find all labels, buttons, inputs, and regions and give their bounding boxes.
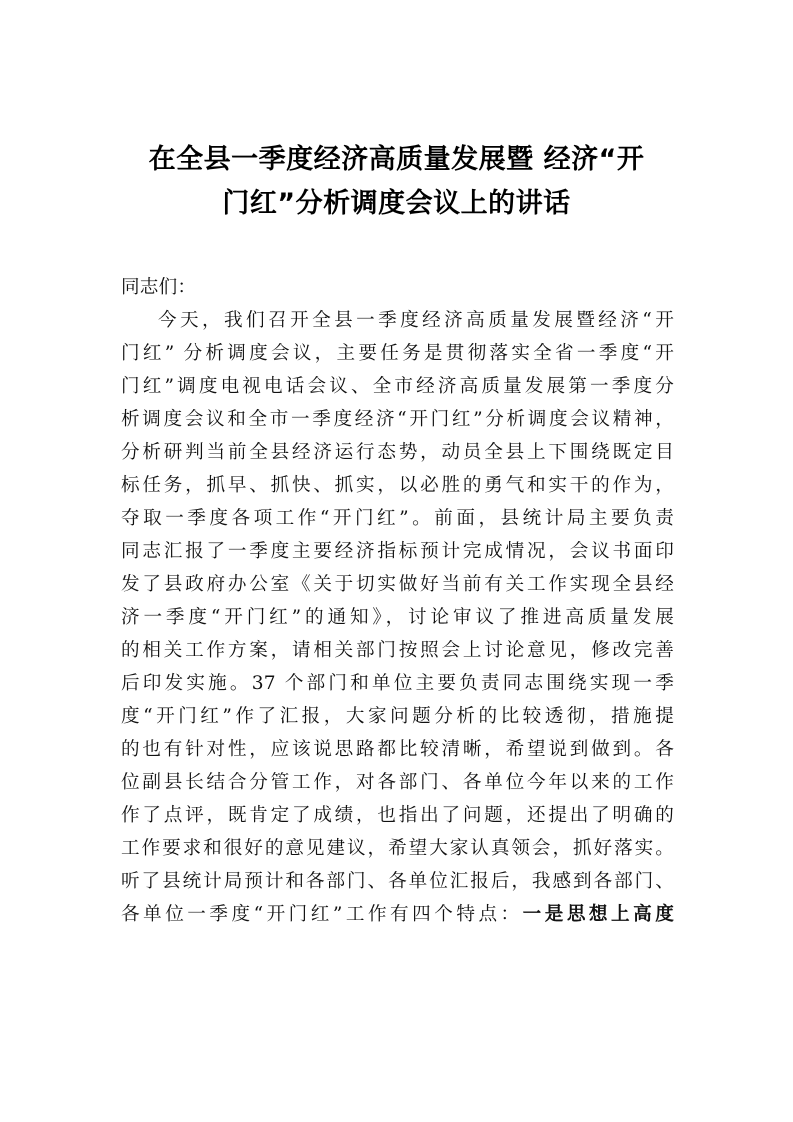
paragraph-line: 济一季度“开门红”的通知》，讨论审议了推进高质量发展 [121, 601, 674, 634]
paragraph-line: 析调度会议和全市一季度经济“开门红”分析调度会议精神， [121, 403, 674, 436]
paragraph-line: 今天，我们召开全县一季度经济高质量发展暨经济“开 [121, 304, 674, 337]
paragraph-line: 度“开门红”作了汇报，大家问题分析的比较透彻，措施提 [121, 700, 674, 733]
paragraph-last-line: 各单位一季度“开门红”工作有四个特点：一是思想上高度 [121, 898, 674, 931]
paragraph-line: 听了县统计局预计和各部门、各单位汇报后，我感到各部门、 [121, 865, 674, 898]
document-body: 同志们： 今天，我们召开全县一季度经济高质量发展暨经济“开 门红” 分析调度会议… [121, 271, 674, 931]
paragraph-line: 位副县长结合分管工作，对各部门、各单位今年以来的工作 [121, 766, 674, 799]
title-line-1: 在全县一季度经济高质量发展暨 经济“开 [100, 138, 693, 182]
paragraph-line: 门红”调度电视电话会议、全市经济高质量发展第一季度分 [121, 370, 674, 403]
paragraph-line: 分析研判当前全县经济运行态势，动员全县上下围绕既定目 [121, 436, 674, 469]
paragraph-line: 的相关工作方案，请相关部门按照会上讨论意见，修改完善 [121, 634, 674, 667]
paragraph-line: 工作要求和很好的意见建议，希望大家认真领会，抓好落实。 [121, 832, 674, 865]
paragraph-line: 同志汇报了一季度主要经济指标预计完成情况，会议书面印 [121, 535, 674, 568]
paragraph-line: 夺取一季度各项工作“开门红”。前面，县统计局主要负责 [121, 502, 674, 535]
paragraph-line: 的也有针对性，应该说思路都比较清晰，希望说到做到。各 [121, 733, 674, 766]
paragraph-line: 发了县政府办公室《关于切实做好当前有关工作实现全县经 [121, 568, 674, 601]
paragraph-line: 后印发实施。37 个部门和单位主要负责同志围绕实现一季 [121, 667, 674, 700]
paragraph-line: 作了点评，既肯定了成绩，也指出了问题，还提出了明确的 [121, 799, 674, 832]
title-line-2: 门红”分析调度会议上的讲话 [100, 182, 693, 226]
paragraph-line: 门红” 分析调度会议，主要任务是贯彻落实全省一季度“开 [121, 337, 674, 370]
emphasis-point-one: 一是思想上高度 [523, 904, 674, 925]
last-line-text: 各单位一季度“开门红”工作有四个特点： [121, 904, 523, 925]
salutation: 同志们： [121, 271, 674, 304]
paragraph-line: 标任务，抓早、抓快、抓实，以必胜的勇气和实干的作为， [121, 469, 674, 502]
document-page: 在全县一季度经济高质量发展暨 经济“开 门红”分析调度会议上的讲话 同志们： 今… [0, 0, 793, 1122]
document-title: 在全县一季度经济高质量发展暨 经济“开 门红”分析调度会议上的讲话 [100, 138, 693, 226]
